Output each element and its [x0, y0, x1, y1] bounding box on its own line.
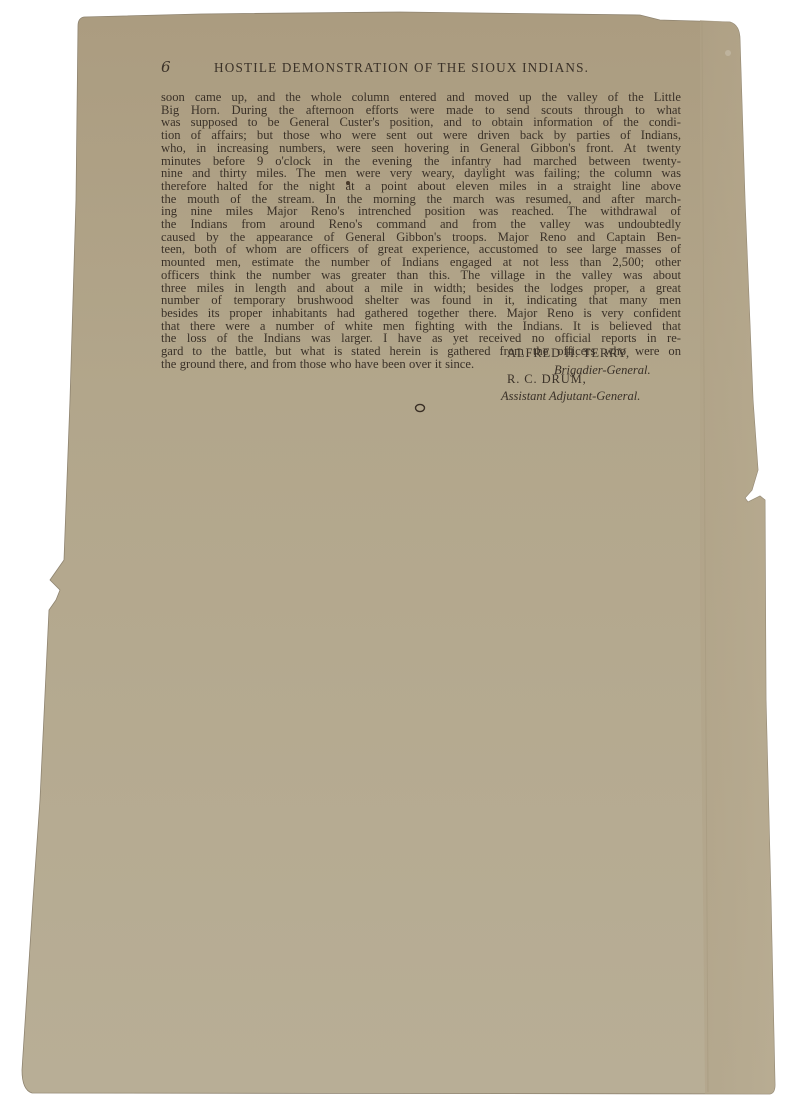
signature-drum: R. C. DRUM, Assistant Adjutant-General.: [507, 372, 640, 404]
text-line: officers think the number was greater th…: [161, 269, 681, 282]
signatory-name: ALFRED H. TERRY,: [507, 346, 651, 361]
running-header: 6 HOSTILE DEMONSTRATION OF THE SIOUX IND…: [161, 58, 681, 82]
ring-mark-icon: [413, 402, 427, 414]
text-line: soon came up, and the whole column enter…: [161, 91, 681, 104]
body-paragraph: soon came up, and the whole column enter…: [161, 91, 681, 370]
scanned-page-photo: 6 HOSTILE DEMONSTRATION OF THE SIOUX IND…: [0, 0, 812, 1100]
page-number: 6: [161, 58, 214, 76]
text-line: mounted men, estimate the number of Indi…: [161, 256, 681, 269]
text-line: tion of affairs; but those who were sent…: [161, 129, 681, 142]
text-line: who, in increasing numbers, were seen ho…: [161, 142, 681, 155]
page-content: 6 HOSTILE DEMONSTRATION OF THE SIOUX IND…: [161, 58, 681, 370]
text-line: therefore halted for the night at a poin…: [161, 180, 681, 193]
text-line: besides its proper inhabitants had gathe…: [161, 307, 681, 320]
text-line: the Indians from around Reno's command a…: [161, 218, 681, 231]
signatory-title: Assistant Adjutant-General.: [501, 389, 640, 404]
signatory-name: R. C. DRUM,: [507, 372, 640, 387]
running-title: HOSTILE DEMONSTRATION OF THE SIOUX INDIA…: [214, 60, 589, 76]
